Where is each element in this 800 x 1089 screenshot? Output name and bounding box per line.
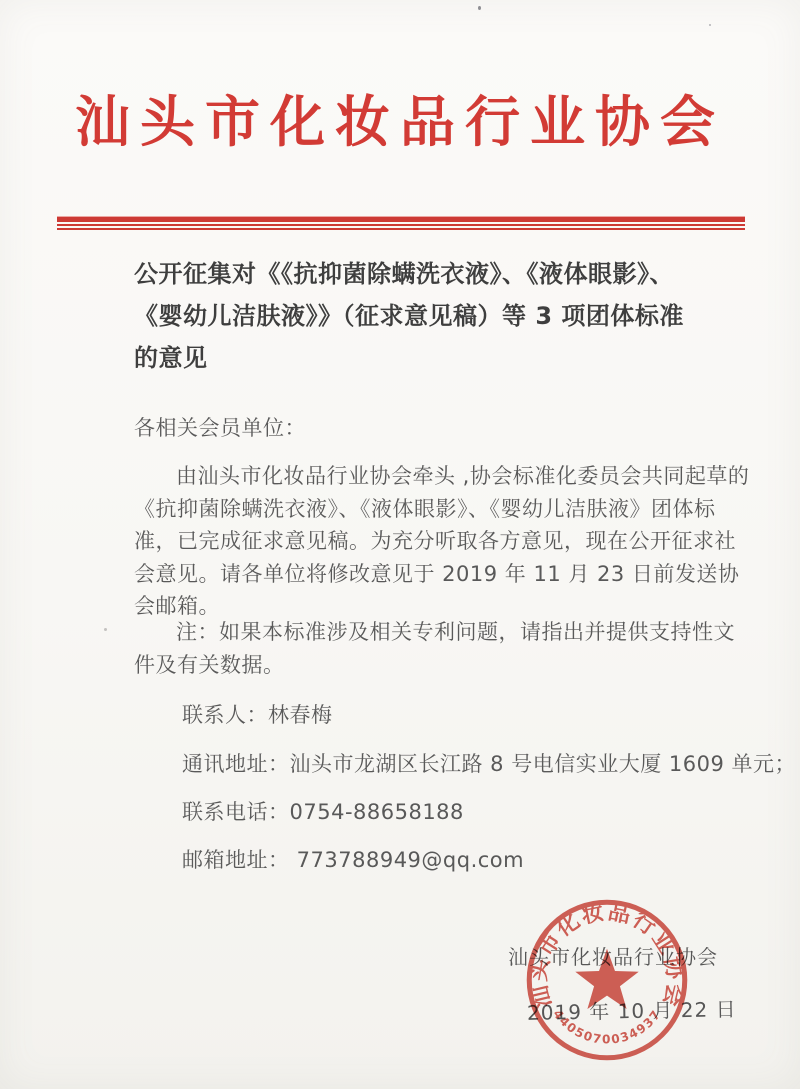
scan-artifact-speck bbox=[709, 24, 711, 26]
document-title-line-3: 的意见 bbox=[134, 337, 770, 379]
document-title: 公开征集对《《抗抑菌除螨洗衣液》、《液体眼影》、 《婴幼儿洁肤液》》（征求意见稿… bbox=[134, 253, 770, 379]
contact-phone-line: 联系电话：0754-88658188 bbox=[134, 796, 464, 826]
red-divider bbox=[57, 216, 745, 230]
salutation: 各相关会员单位： bbox=[134, 412, 306, 442]
contact-email-line: 邮箱地址： 773788949@qq.com bbox=[134, 844, 524, 874]
divider-thick-line bbox=[57, 216, 745, 222]
signature-org-name: 汕头市化妆品行业协会 bbox=[508, 941, 718, 970]
document-title-line-1: 公开征集对《《抗抑菌除螨洗衣液》、《液体眼影》、 bbox=[134, 253, 770, 295]
scan-artifact-speck bbox=[104, 628, 107, 631]
letterhead-org-name: 汕头市化妆品行业协会 bbox=[0, 94, 800, 149]
contact-address-line: 通讯地址：汕头市龙湖区长江路 8 号电信实业大厦 1609 单元； bbox=[134, 748, 796, 778]
seal-ring bbox=[529, 902, 685, 1058]
document-title-line-2: 《婴幼儿洁肤液》》（征求意见稿）等 3 项团体标准 bbox=[134, 295, 770, 337]
body-paragraph: 由汕头市化妆品行业协会牵头 ,协会标准化委员会共同起草的《抗抑菌除螨洗衣液》、《… bbox=[134, 460, 750, 623]
divider-thin-line-2 bbox=[57, 228, 745, 230]
official-seal: 汕头市化妆品行业协会 4405070034937 bbox=[504, 877, 710, 1083]
signature-date: 2019 年 10 月 22 日 bbox=[527, 993, 737, 1026]
contact-person-line: 联系人：林春梅 bbox=[134, 699, 333, 729]
scan-artifact-speck bbox=[478, 6, 481, 10]
divider-thin-line-1 bbox=[57, 224, 745, 226]
scanned-letter-page: 汕头市化妆品行业协会 公开征集对《《抗抑菌除螨洗衣液》、《液体眼影》、 《婴幼儿… bbox=[0, 0, 800, 1089]
note-paragraph: 注：如果本标准涉及相关专利问题，请指出并提供支持性文件及有关数据。 bbox=[134, 616, 750, 681]
